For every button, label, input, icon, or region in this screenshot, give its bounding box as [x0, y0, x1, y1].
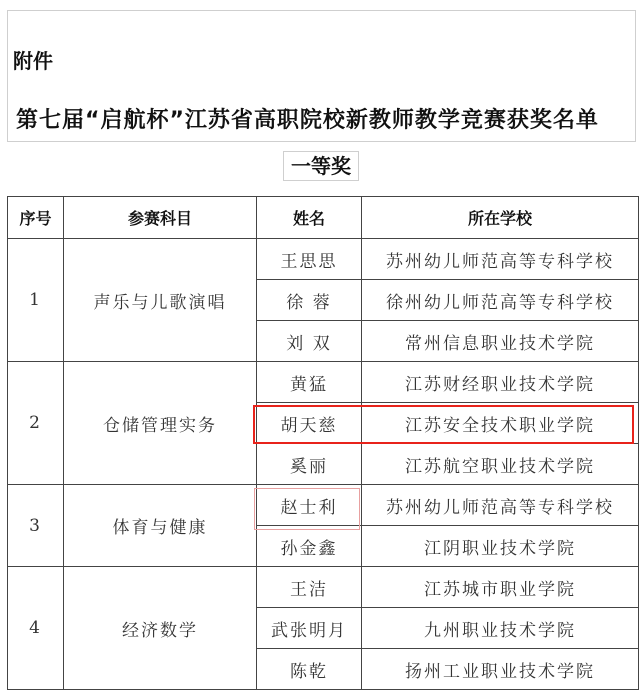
table-row: 3 体育与健康 赵士利 苏州幼儿师范高等专科学校	[8, 485, 639, 526]
group-index: 4	[8, 567, 64, 690]
group-subject: 声乐与儿歌演唱	[64, 239, 257, 362]
entry-school: 徐州幼儿师范高等专科学校	[362, 280, 639, 321]
group-subject: 体育与健康	[64, 485, 257, 567]
entry-school: 苏州幼儿师范高等专科学校	[362, 239, 639, 280]
column-header-school: 所在学校	[362, 197, 639, 239]
entry-school: 九州职业技术学院	[362, 608, 639, 649]
entry-name: 孙金鑫	[257, 526, 362, 567]
entry-school: 江阴职业技术学院	[362, 526, 639, 567]
entry-school: 扬州工业职业技术学院	[362, 649, 639, 690]
entry-name: 王洁	[257, 567, 362, 608]
group-subject: 仓储管理实务	[64, 362, 257, 485]
entry-school: 江苏安全技术职业学院	[362, 403, 639, 444]
entry-name: 奚丽	[257, 444, 362, 485]
group-index: 1	[8, 239, 64, 362]
entry-name: 赵士利	[257, 485, 362, 526]
entry-school: 江苏航空职业技术学院	[362, 444, 639, 485]
entry-name: 黄猛	[257, 362, 362, 403]
entry-name: 武张明月	[257, 608, 362, 649]
group-index: 3	[8, 485, 64, 567]
entry-name: 徐 蓉	[257, 280, 362, 321]
entry-school: 常州信息职业技术学院	[362, 321, 639, 362]
award-level-label: 一等奖	[283, 151, 359, 181]
winners-table: 序号 参赛科目 姓名 所在学校 1 声乐与儿歌演唱 王思思 苏州幼儿师范高等专科…	[7, 196, 639, 690]
group-subject: 经济数学	[64, 567, 257, 690]
entry-school: 江苏财经职业技术学院	[362, 362, 639, 403]
table-row: 4 经济数学 王洁 江苏城市职业学院	[8, 567, 639, 608]
table-row: 1 声乐与儿歌演唱 王思思 苏州幼儿师范高等专科学校	[8, 239, 639, 280]
attachment-label: 附件	[13, 45, 53, 74]
entry-school: 江苏城市职业学院	[362, 567, 639, 608]
entry-name: 陈乾	[257, 649, 362, 690]
column-header-index: 序号	[8, 197, 64, 239]
document-header: 附件 第七届“启航杯”江苏省高职院校新教师教学竞赛获奖名单	[7, 10, 636, 142]
entry-name: 胡天慈	[257, 403, 362, 444]
document-title: 第七届“启航杯”江苏省高职院校新教师教学竞赛获奖名单	[16, 103, 599, 134]
column-header-name: 姓名	[257, 197, 362, 239]
column-header-subject: 参赛科目	[64, 197, 257, 239]
entry-name: 王思思	[257, 239, 362, 280]
group-index: 2	[8, 362, 64, 485]
table-header-row: 序号 参赛科目 姓名 所在学校	[8, 197, 639, 239]
entry-school: 苏州幼儿师范高等专科学校	[362, 485, 639, 526]
entry-name: 刘 双	[257, 321, 362, 362]
table-row: 2 仓储管理实务 黄猛 江苏财经职业技术学院	[8, 362, 639, 403]
